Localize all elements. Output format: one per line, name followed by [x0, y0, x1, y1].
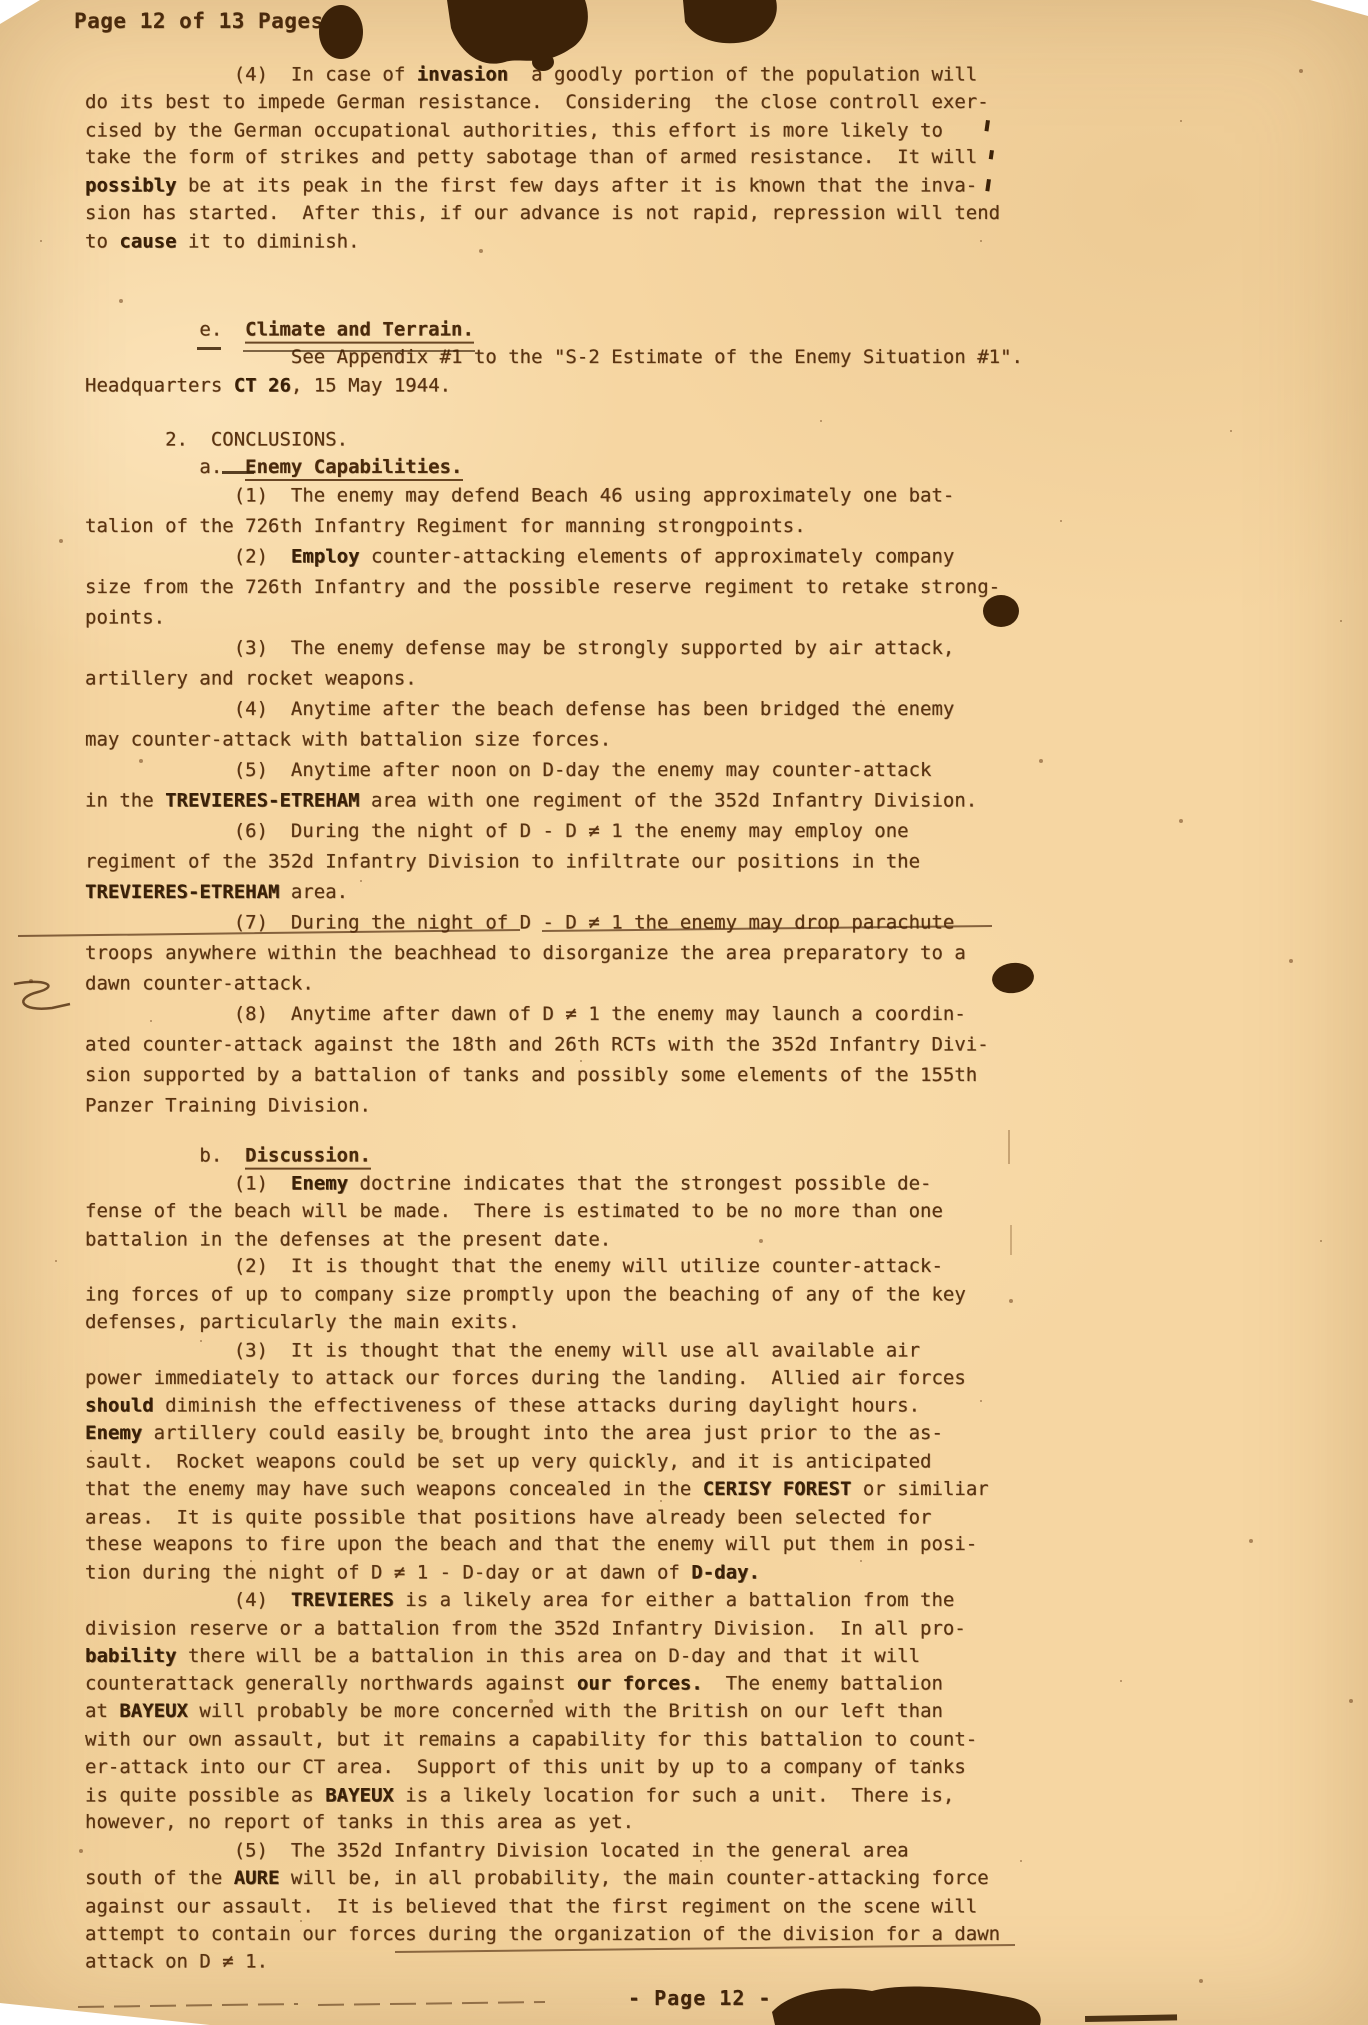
document-line: ing forces of up to company size promptl…	[85, 1282, 1368, 1310]
document-line: Panzer Training Division.	[85, 1091, 1368, 1122]
document-line: (8) Anytime after dawn of D ≠ 1 the enem…	[85, 999, 1368, 1030]
document-line: division reserve or a battalion from the…	[85, 1615, 1368, 1643]
document-line: defenses, particularly the main exits.	[85, 1309, 1368, 1337]
document-line: with our own assault, but it remains a c…	[85, 1727, 1368, 1755]
document-line: that the enemy may have such weapons con…	[85, 1476, 1368, 1504]
document-line: at BAYEUX will probably be more concerne…	[85, 1698, 1368, 1726]
section-discussion-list: (1) Enemy doctrine indicates that the st…	[0, 1170, 1368, 1976]
document-line: battalion in the defenses at the present…	[85, 1226, 1368, 1254]
document-line: points.	[85, 603, 1368, 634]
document-line: these weapons to fire upon the beach and…	[85, 1531, 1368, 1559]
document-line: (4) TREVIERES is a likely area for eithe…	[85, 1587, 1368, 1615]
document-line: (4) Anytime after the beach defense has …	[85, 694, 1368, 725]
section-para-civilian-resistance: (4) In case of invasion a goodly portion…	[0, 61, 1368, 256]
document-line: Headquarters CT 26, 15 May 1944.	[85, 372, 1368, 400]
document-line: counterattack generally northwards again…	[85, 1671, 1368, 1699]
document-line: b. Discussion.	[85, 1143, 1368, 1171]
document-line: (1) The enemy may defend Beach 46 using …	[85, 481, 1368, 512]
document-line: size from the 726th Infantry and the pos…	[85, 572, 1368, 603]
document-body: (4) In case of invasion a goodly portion…	[0, 0, 1368, 2025]
document-line: may counter-attack with battalion size f…	[85, 725, 1368, 756]
document-line: areas. It is quite possible that positio…	[85, 1504, 1368, 1532]
document-line: in the TREVIERES-ETREHAM area with one r…	[85, 786, 1368, 817]
document-line: 2. CONCLUSIONS.	[85, 427, 1368, 455]
document-line: however, no report of tanks in this area…	[85, 1809, 1368, 1837]
document-line: attack on D ≠ 1.	[85, 1949, 1368, 1977]
document-line: (3) The enemy defense may be strongly su…	[85, 633, 1368, 664]
document-line: talion of the 726th Infantry Regiment fo…	[85, 511, 1368, 542]
document-line: (2) Employ counter-attacking elements of…	[85, 542, 1368, 573]
document-line: south of the AURE will be, in all probab…	[85, 1865, 1368, 1893]
document-line: tion during the night of D ≠ 1 - D-day o…	[85, 1560, 1368, 1588]
document-line: sault. Rocket weapons could be set up ve…	[85, 1449, 1368, 1477]
section-conclusions-heading: 2. CONCLUSIONS. a. Enemy Capabilities.	[0, 426, 1368, 482]
document-line: power immediately to attack our forces d…	[85, 1365, 1368, 1393]
document-line: a. Enemy Capabilities.	[85, 454, 1368, 482]
document-line: against our assault. It is believed that…	[85, 1893, 1368, 1921]
section-discussion-heading: b. Discussion.	[0, 1142, 1368, 1170]
document-line: er-attack into our CT area. Support of t…	[85, 1754, 1368, 1782]
document-line: attempt to contain our forces during the…	[85, 1921, 1368, 1949]
document-line: do its best to impede German resistance.…	[85, 89, 1368, 117]
document-line: possibly be at its peak in the first few…	[85, 173, 1368, 201]
document-line: regiment of the 352d Infantry Division t…	[85, 847, 1368, 878]
document-line: fense of the beach will be made. There i…	[85, 1198, 1368, 1226]
document-line: (6) During the night of D - D ≠ 1 the en…	[85, 816, 1368, 847]
document-line: (5) Anytime after noon on D-day the enem…	[85, 755, 1368, 786]
document-line: sion has started. After this, if our adv…	[85, 200, 1368, 228]
document-line: should diminish the effectiveness of the…	[85, 1393, 1368, 1421]
section-climate-and-terrain: e. Climate and Terrain. See Appendix #1 …	[0, 316, 1368, 399]
document-line: cised by the German occupational authori…	[85, 117, 1368, 145]
document-line: (7) During the night of D - D ≠ 1 the en…	[85, 908, 1368, 939]
document-line: is quite possible as BAYEUX is a likely …	[85, 1782, 1368, 1810]
document-line: (2) It is thought that the enemy will ut…	[85, 1253, 1368, 1281]
document-line: Enemy artillery could easily be brought …	[85, 1420, 1368, 1448]
scanned-document-page: { "colors": { "paper": "#f6d6a2", "ink":…	[0, 0, 1368, 2025]
document-line: (4) In case of invasion a goodly portion…	[85, 62, 1368, 90]
document-line: artillery and rocket weapons.	[85, 664, 1368, 695]
page-footer-label: - Page 12 -	[628, 1986, 771, 2010]
document-line: ated counter-attack against the 18th and…	[85, 1030, 1368, 1061]
document-line: sion supported by a battalion of tanks a…	[85, 1060, 1368, 1091]
document-line: (1) Enemy doctrine indicates that the st…	[85, 1171, 1368, 1199]
document-line: e. Climate and Terrain.	[85, 317, 1368, 345]
document-line: (5) The 352d Infantry Division located i…	[85, 1838, 1368, 1866]
document-line: See Appendix #1 to the "S-2 Estimate of …	[85, 344, 1368, 372]
document-line: TREVIERES-ETREHAM area.	[85, 877, 1368, 908]
document-line: to cause it to diminish.	[85, 228, 1368, 256]
document-line: (3) It is thought that the enemy will us…	[85, 1337, 1368, 1365]
document-line: bability there will be a battalion in th…	[85, 1643, 1368, 1671]
document-line: take the form of strikes and petty sabot…	[85, 144, 1368, 172]
document-line: dawn counter-attack.	[85, 969, 1368, 1000]
document-line: troops anywhere within the beachhead to …	[85, 938, 1368, 969]
section-enemy-capabilities-list: (1) The enemy may defend Beach 46 using …	[0, 480, 1368, 1121]
